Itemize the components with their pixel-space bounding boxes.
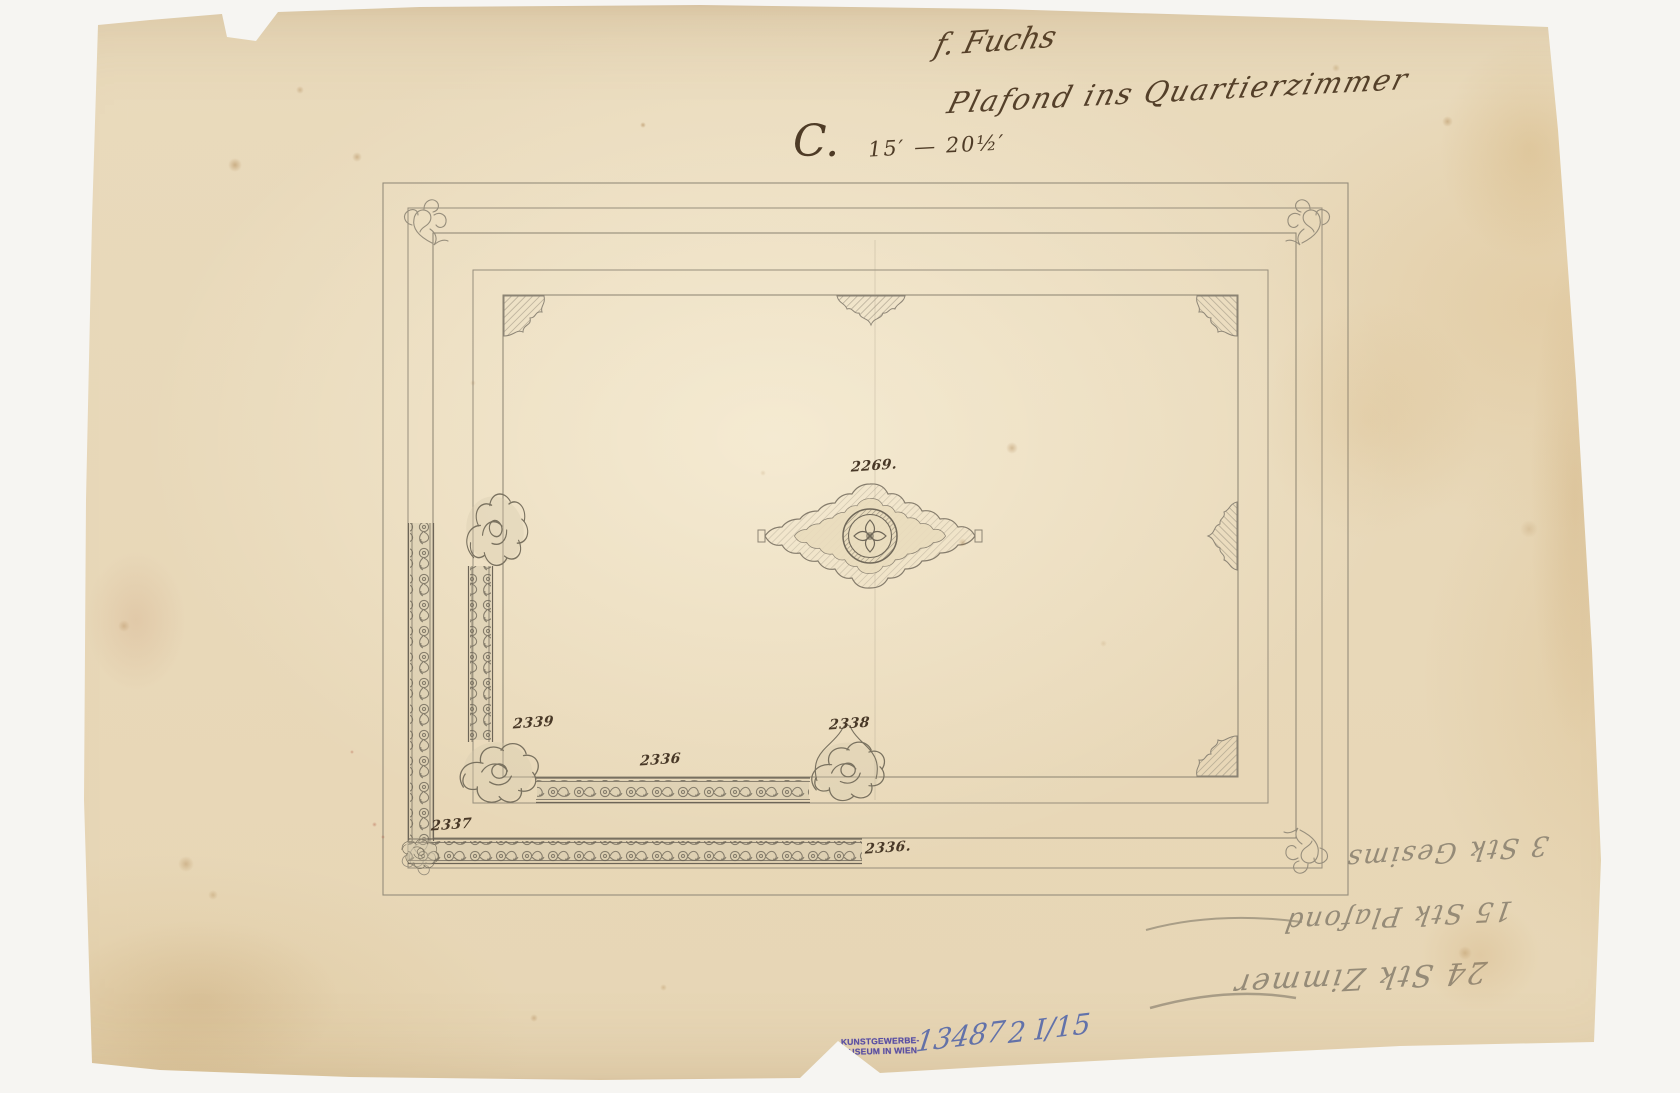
- paper-sheet: f. Fuchs Plafond ins Quartierzimmer C. 1…: [0, 0, 1680, 1093]
- scanned-drawing: f. Fuchs Plafond ins Quartierzimmer C. 1…: [0, 0, 1680, 1093]
- paper-edge-vignette: [0, 0, 1680, 1093]
